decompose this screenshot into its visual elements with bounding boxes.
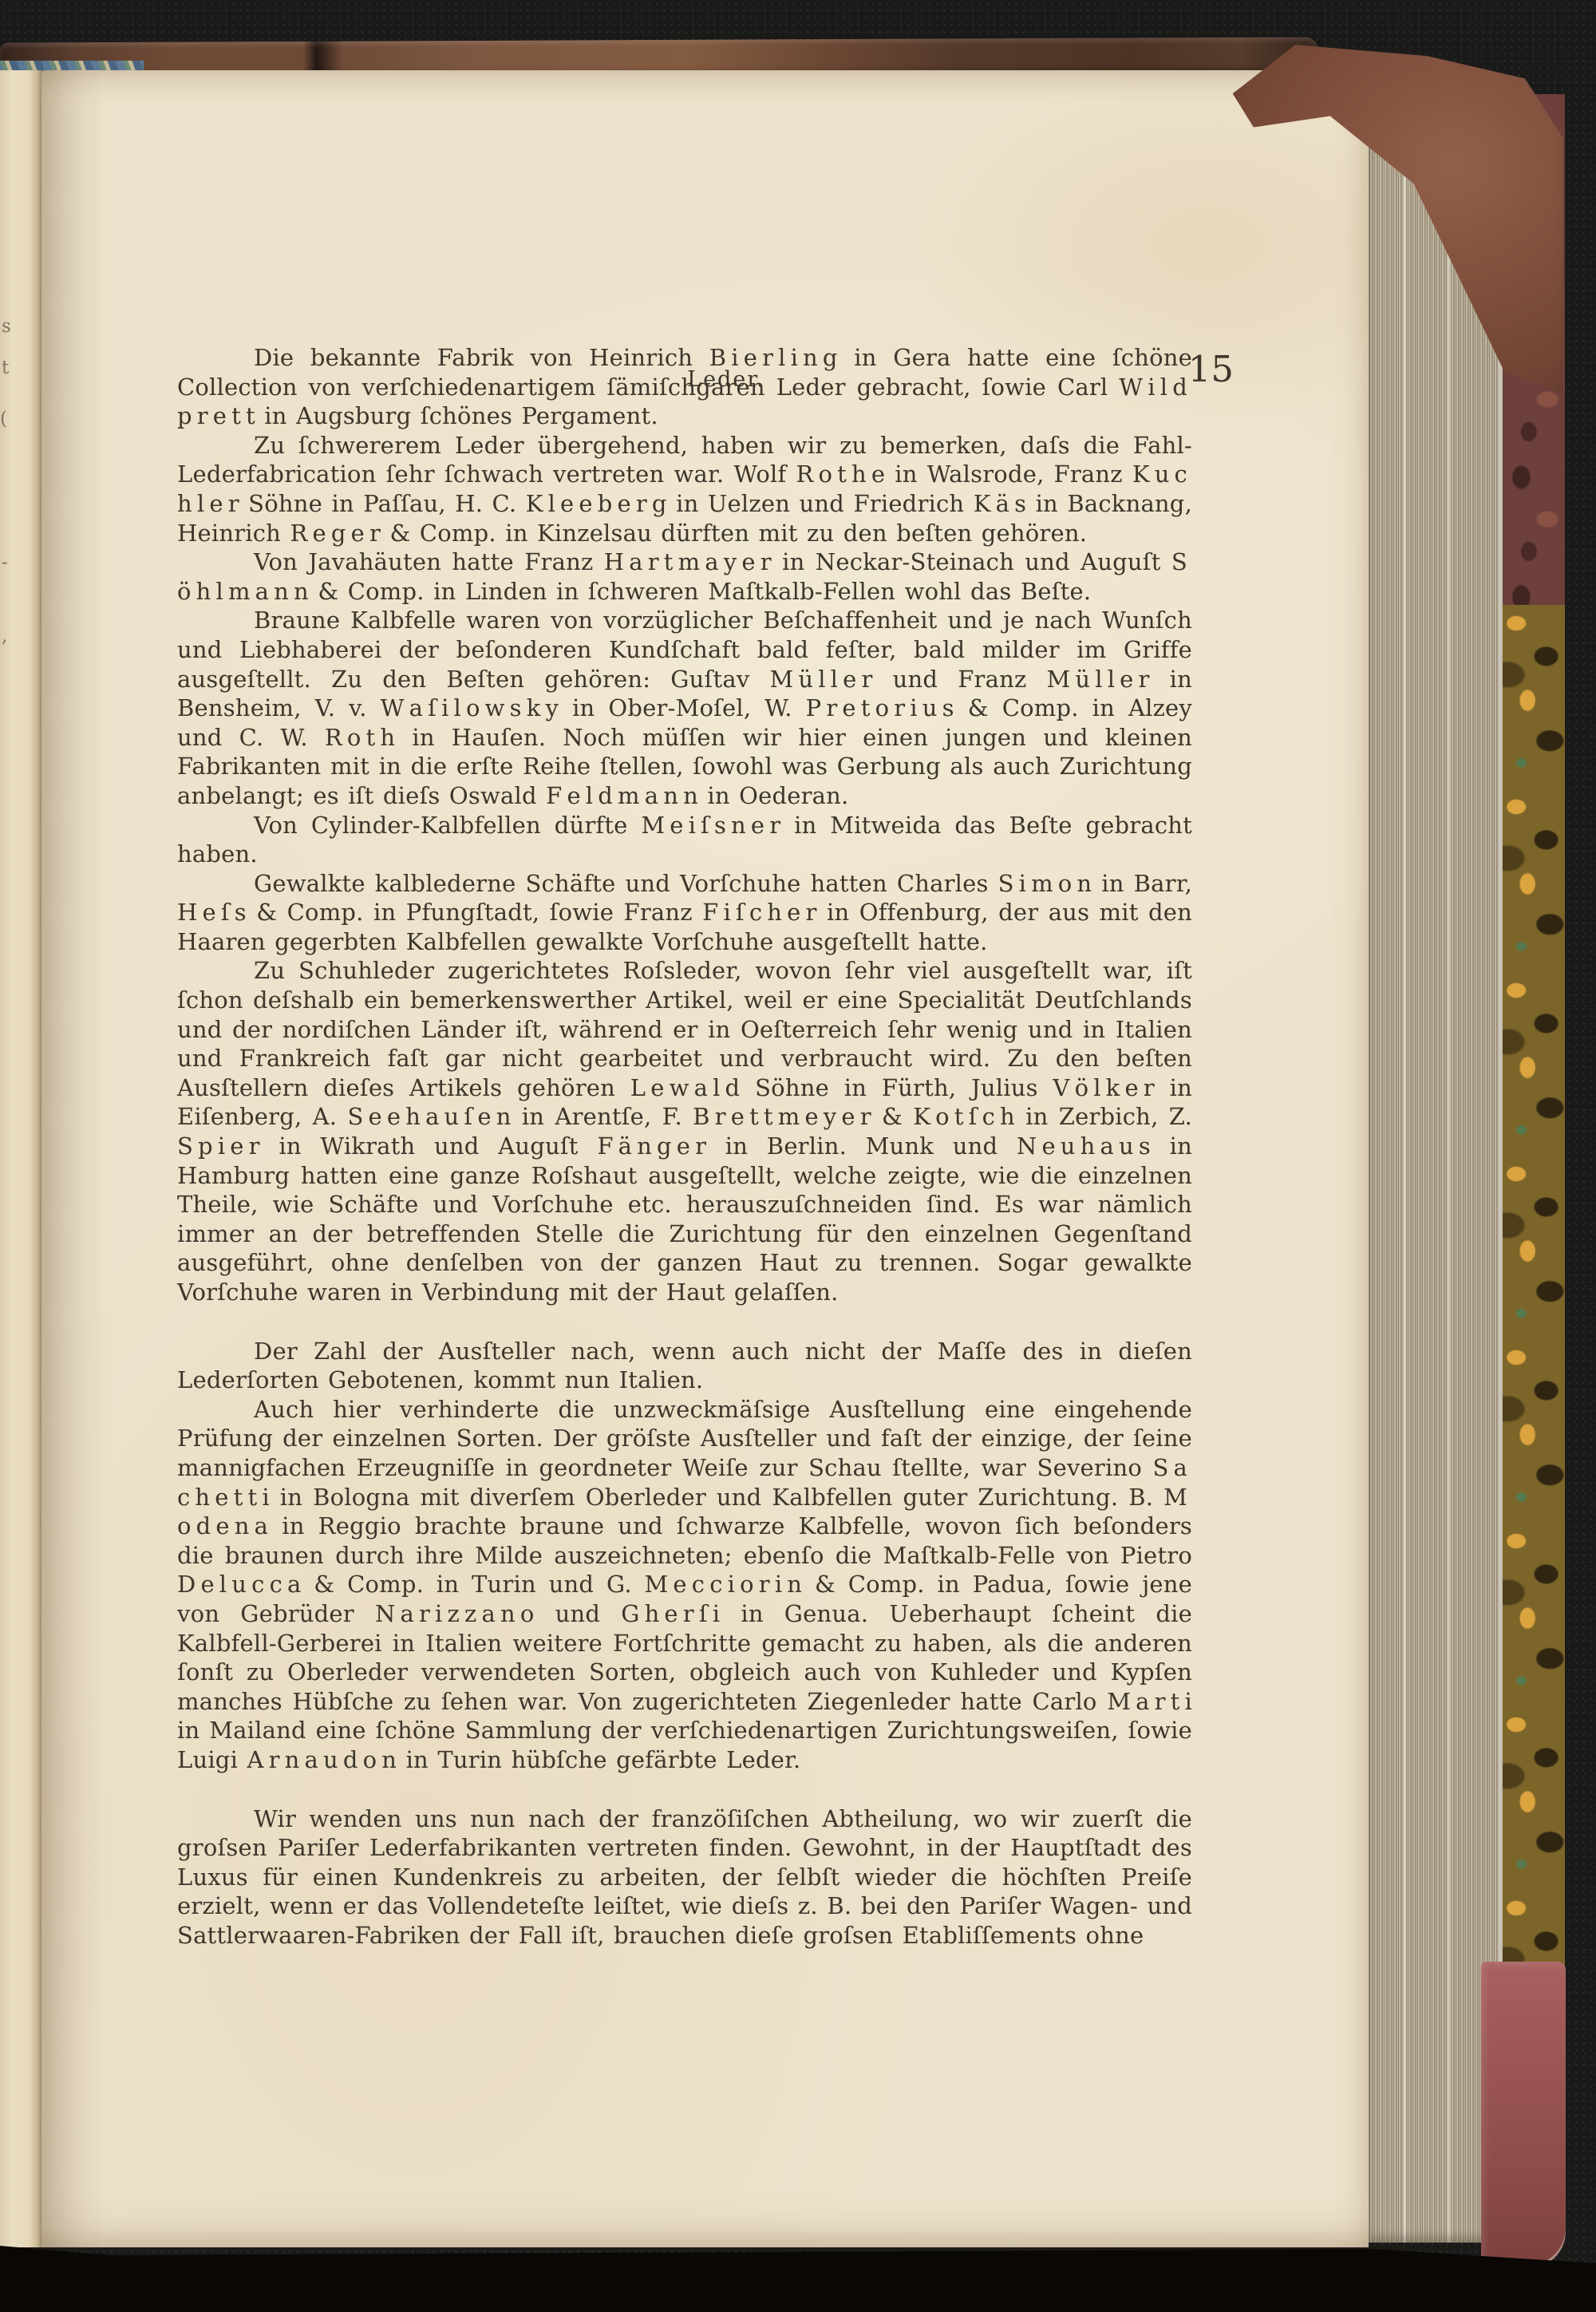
paragraph: Auch hier verhinderte die unzweckmäſsige…: [177, 1395, 1192, 1775]
photo-background: Leder. 15 Die bekannte Fabrik von Heinri…: [0, 0, 1596, 2312]
paragraph: Von Javahäuten hatte Franz H a r t m a y…: [177, 547, 1192, 606]
bottom-right-leather-corner: [1481, 1962, 1566, 2268]
paragraph: Gewalkte kalblederne Schäfte und Vorſchu…: [177, 869, 1192, 957]
facing-page-gutter-strip: [0, 70, 41, 2247]
paragraph: Von Cylinder-Kalbfellen dürfte M e i ſ s…: [177, 811, 1192, 869]
page-block-fore-edge: [1369, 77, 1503, 2243]
paragraph: Zu ſchwererem Leder übergehend, haben wi…: [177, 431, 1192, 547]
paragraph: Wir wenden uns nun nach der franzöſiſche…: [177, 1804, 1192, 1950]
paragraph: Zu Schuhleder zugerichtetes Roſsleder, w…: [177, 956, 1192, 1306]
paragraph: Braune Kalbfelle waren von vorzüglicher …: [177, 606, 1192, 810]
paragraph: Der Zahl der Ausſteller nach, wenn auch …: [177, 1337, 1192, 1395]
marbled-cover-olive-section: [1503, 605, 1565, 1968]
page-text-block: Die bekannte Fabrik von Heinrich B i e r…: [177, 343, 1192, 1950]
paragraph: Die bekannte Fabrik von Heinrich B i e r…: [177, 343, 1192, 431]
